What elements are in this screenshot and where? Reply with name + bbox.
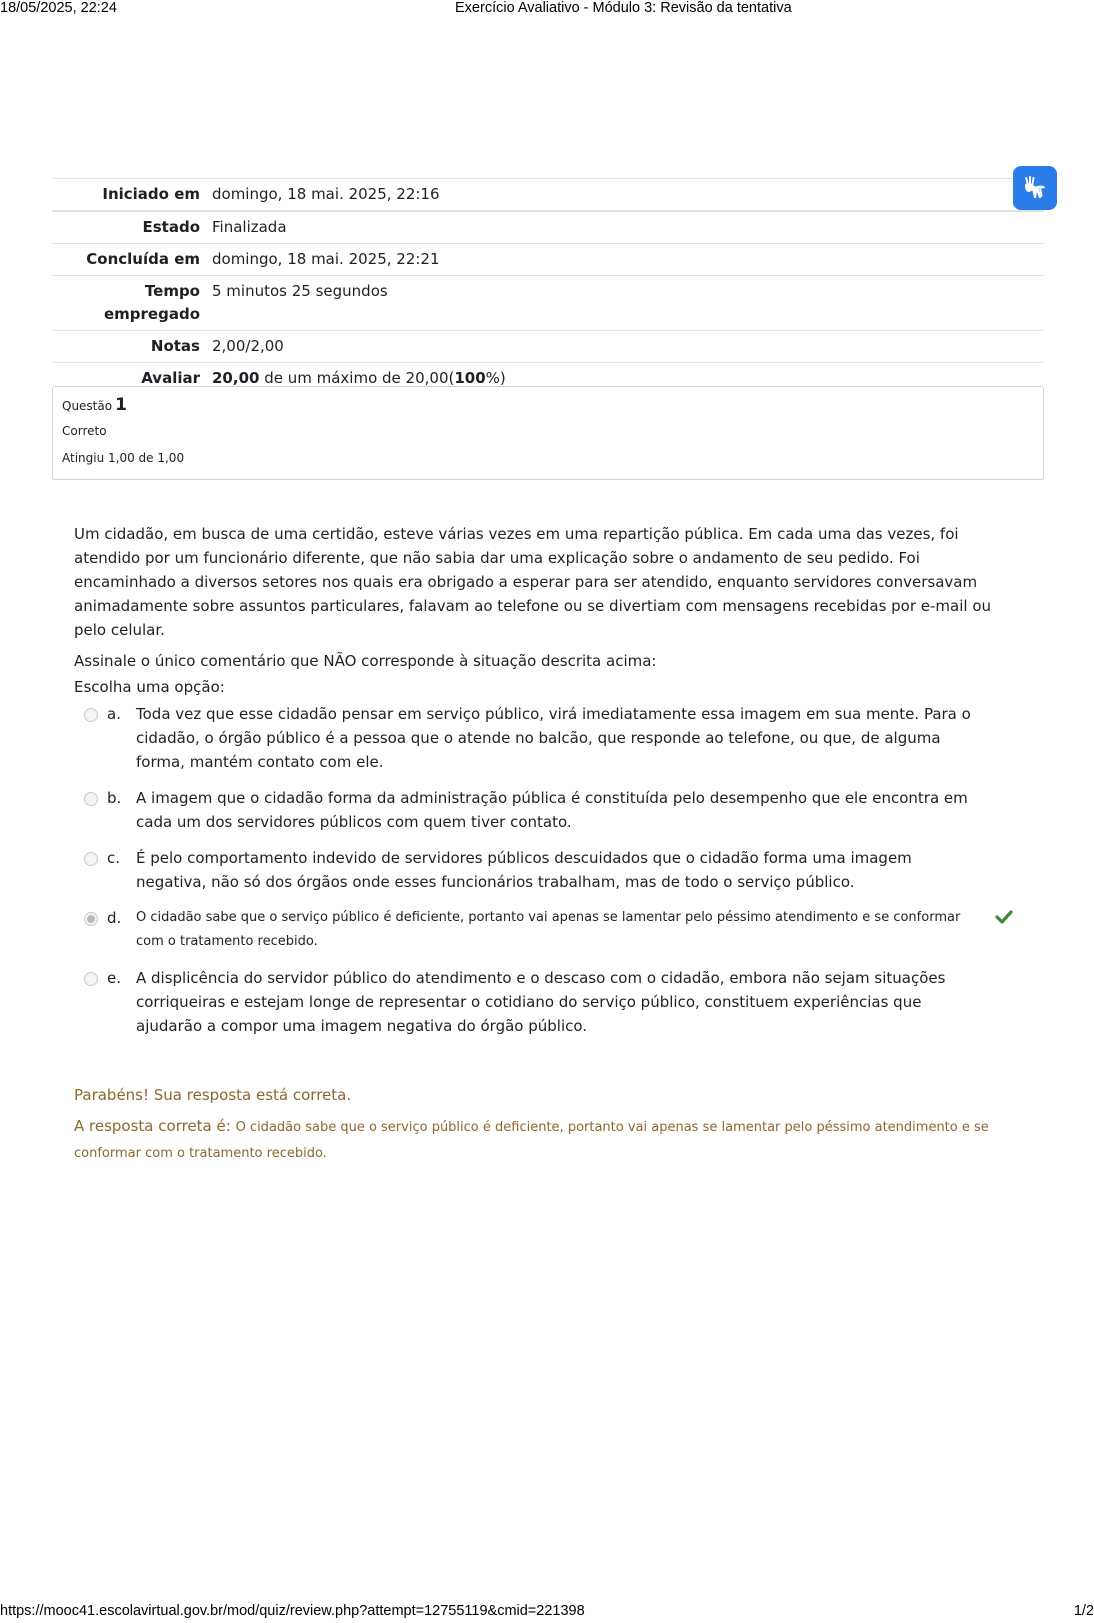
radio-button[interactable] — [84, 852, 98, 866]
correct-check-icon — [995, 908, 1013, 926]
summary-label: Iniciado em — [52, 179, 212, 212]
summary-row-time-taken: Tempoempregado 5 minutos 25 segundos — [52, 276, 1044, 331]
attempt-summary-table: Iniciado em domingo, 18 mai. 2025, 22:16… — [52, 178, 1044, 394]
feedback-box: Parabéns! Sua resposta está correta. A r… — [74, 1083, 1024, 1166]
summary-label: Tempoempregado — [52, 276, 212, 331]
option-text: Toda vez que esse cidadão pensar em serv… — [136, 702, 986, 774]
summary-row-marks: Notas 2,00/2,00 — [52, 331, 1044, 363]
summary-row-state: Estado Finalizada — [52, 211, 1044, 244]
question-paragraph: Um cidadão, em busca de uma certidão, es… — [74, 522, 1024, 642]
print-datetime: 18/05/2025, 22:24 — [0, 0, 117, 16]
question-instruction: Assinale o único comentário que NÃO corr… — [74, 649, 1024, 673]
radio-button[interactable] — [84, 708, 98, 722]
option-letter: b. — [107, 786, 136, 834]
print-header: 18/05/2025, 22:24 Exercício Avaliativo -… — [0, 0, 1094, 18]
right-answer-label: A resposta correta é: — [74, 1117, 236, 1135]
summary-label: Concluída em — [52, 244, 212, 276]
summary-value: 2,00/2,00 — [212, 331, 1044, 363]
option-text: O cidadão sabe que o serviço público é d… — [136, 906, 976, 954]
option-text: A imagem que o cidadão forma da administ… — [136, 786, 986, 834]
question-grade: Atingiu 1,00 de 1,00 — [62, 449, 1034, 467]
answer-option-b[interactable]: b. A imagem que o cidadão forma da admin… — [80, 786, 1040, 834]
summary-row-completed: Concluída em domingo, 18 mai. 2025, 22:2… — [52, 244, 1044, 276]
option-letter: d. — [107, 906, 136, 954]
summary-value: domingo, 18 mai. 2025, 22:16 — [212, 179, 1044, 212]
summary-label: Estado — [52, 211, 212, 244]
summary-value: 5 minutos 25 segundos — [212, 276, 1044, 331]
question-text: Um cidadão, em busca de uma certidão, es… — [74, 522, 1024, 680]
summary-value: Finalizada — [212, 211, 1044, 244]
print-footer: https://mooc41.escolavirtual.gov.br/mod/… — [0, 1601, 1094, 1623]
option-text: A displicência do servidor público do at… — [136, 966, 986, 1038]
radio-button[interactable] — [84, 972, 98, 986]
answer-option-a[interactable]: a. Toda vez que esse cidadão pensar em s… — [80, 702, 1040, 774]
right-answer: A resposta correta é: O cidadão sabe que… — [74, 1114, 1024, 1166]
radio-button-selected[interactable] — [84, 912, 98, 926]
question-info-box: Questão1 Correto Atingiu 1,00 de 1,00 — [52, 386, 1044, 480]
question-number: Questão1 — [62, 395, 1034, 416]
feedback-message: Parabéns! Sua resposta está correta. — [74, 1083, 1024, 1107]
answer-option-d[interactable]: d. O cidadão sabe que o serviço público … — [80, 906, 1040, 954]
answer-option-c[interactable]: c. É pelo comportamento indevido de serv… — [80, 846, 1040, 894]
print-page-number: 1/2 — [1074, 1603, 1094, 1619]
print-title: Exercício Avaliativo - Módulo 3: Revisão… — [455, 0, 792, 16]
summary-value: domingo, 18 mai. 2025, 22:21 — [212, 244, 1044, 276]
sign-language-accessibility-button[interactable] — [1013, 166, 1057, 210]
option-text: É pelo comportamento indevido de servido… — [136, 846, 986, 894]
question-state: Correto — [62, 422, 1034, 440]
option-letter: a. — [107, 702, 136, 774]
option-letter: c. — [107, 846, 136, 894]
summary-label: Notas — [52, 331, 212, 363]
print-url: https://mooc41.escolavirtual.gov.br/mod/… — [0, 1603, 585, 1619]
summary-row-started: Iniciado em domingo, 18 mai. 2025, 22:16 — [52, 179, 1044, 212]
answer-prompt: Escolha uma opção: — [74, 675, 225, 699]
sign-language-hands-icon — [1020, 173, 1050, 203]
radio-button[interactable] — [84, 792, 98, 806]
option-letter: e. — [107, 966, 136, 1038]
answer-options: a. Toda vez que esse cidadão pensar em s… — [80, 702, 1040, 1050]
answer-option-e[interactable]: e. A displicência do servidor público do… — [80, 966, 1040, 1038]
